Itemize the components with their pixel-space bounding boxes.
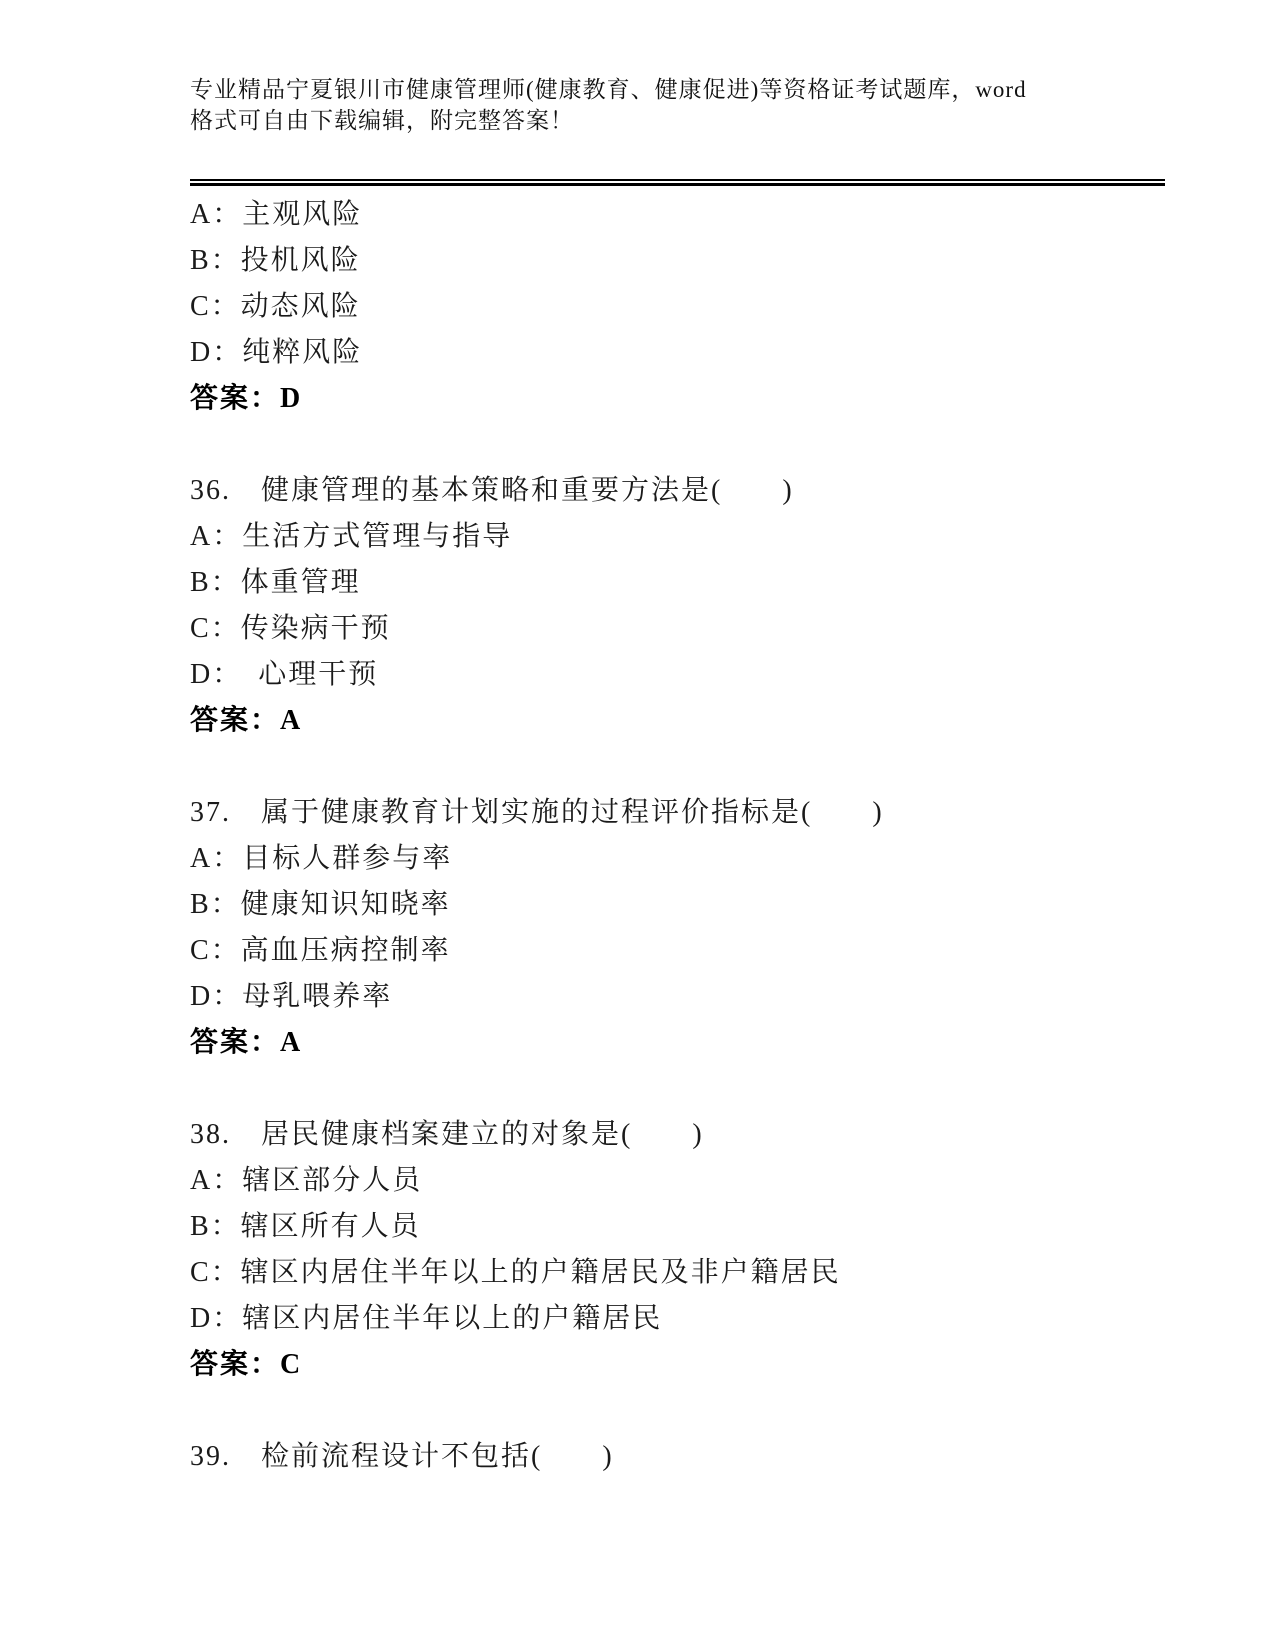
- question-line: 37. 属于健康教育计划实施的过程评价指标是( ): [190, 790, 1165, 836]
- header-line-2: 格式可自由下载编辑，附完整答案！: [190, 105, 1165, 136]
- answer-line: 答案：D: [190, 376, 1165, 422]
- option-line: C：传染病干预: [190, 606, 1165, 652]
- question-block-36: 36. 健康管理的基本策略和重要方法是( ) A：生活方式管理与指导 B：体重管…: [190, 468, 1165, 744]
- option-line: D：母乳喂养率: [190, 974, 1165, 1020]
- document-content: 专业精品宁夏银川市健康管理师(健康教育、健康促进)等资格证考试题库，word 格…: [190, 0, 1165, 1480]
- option-line: C：动态风险: [190, 284, 1165, 330]
- question-block-38: 38. 居民健康档案建立的对象是( ) A：辖区部分人员 B：辖区所有人员 C：…: [190, 1112, 1165, 1388]
- option-line: A：主观风险: [190, 192, 1165, 238]
- questions-area: A：主观风险 B：投机风险 C：动态风险 D：纯粹风险 答案：D 36. 健康管…: [190, 192, 1165, 1480]
- option-line: A：目标人群参与率: [190, 836, 1165, 882]
- question-line: 38. 居民健康档案建立的对象是( ): [190, 1112, 1165, 1158]
- page-header: 专业精品宁夏银川市健康管理师(健康教育、健康促进)等资格证考试题库，word 格…: [190, 0, 1165, 136]
- option-line: B：体重管理: [190, 560, 1165, 606]
- answer-line: 答案：A: [190, 1020, 1165, 1066]
- option-line: A：生活方式管理与指导: [190, 514, 1165, 560]
- option-line: B：健康知识知晓率: [190, 882, 1165, 928]
- option-line: D： 心理干预: [190, 652, 1165, 698]
- answer-line: 答案：A: [190, 698, 1165, 744]
- question-block-37: 37. 属于健康教育计划实施的过程评价指标是( ) A：目标人群参与率 B：健康…: [190, 790, 1165, 1066]
- option-line: C：高血压病控制率: [190, 928, 1165, 974]
- header-line-1: 专业精品宁夏银川市健康管理师(健康教育、健康促进)等资格证考试题库，word: [190, 74, 1165, 105]
- question-block-35-partial: A：主观风险 B：投机风险 C：动态风险 D：纯粹风险 答案：D: [190, 192, 1165, 422]
- question-block-39: 39. 检前流程设计不包括( ): [190, 1434, 1165, 1480]
- option-line: D：纯粹风险: [190, 330, 1165, 376]
- option-line: B：辖区所有人员: [190, 1204, 1165, 1250]
- header-divider: [190, 179, 1165, 186]
- question-line: 39. 检前流程设计不包括( ): [190, 1434, 1165, 1480]
- document-page: 专业精品宁夏银川市健康管理师(健康教育、健康促进)等资格证考试题库，word 格…: [0, 0, 1275, 1650]
- option-line: C：辖区内居住半年以上的户籍居民及非户籍居民: [190, 1250, 1165, 1296]
- question-line: 36. 健康管理的基本策略和重要方法是( ): [190, 468, 1165, 514]
- option-line: D：辖区内居住半年以上的户籍居民: [190, 1296, 1165, 1342]
- answer-line: 答案：C: [190, 1342, 1165, 1388]
- option-line: B：投机风险: [190, 238, 1165, 284]
- option-line: A：辖区部分人员: [190, 1158, 1165, 1204]
